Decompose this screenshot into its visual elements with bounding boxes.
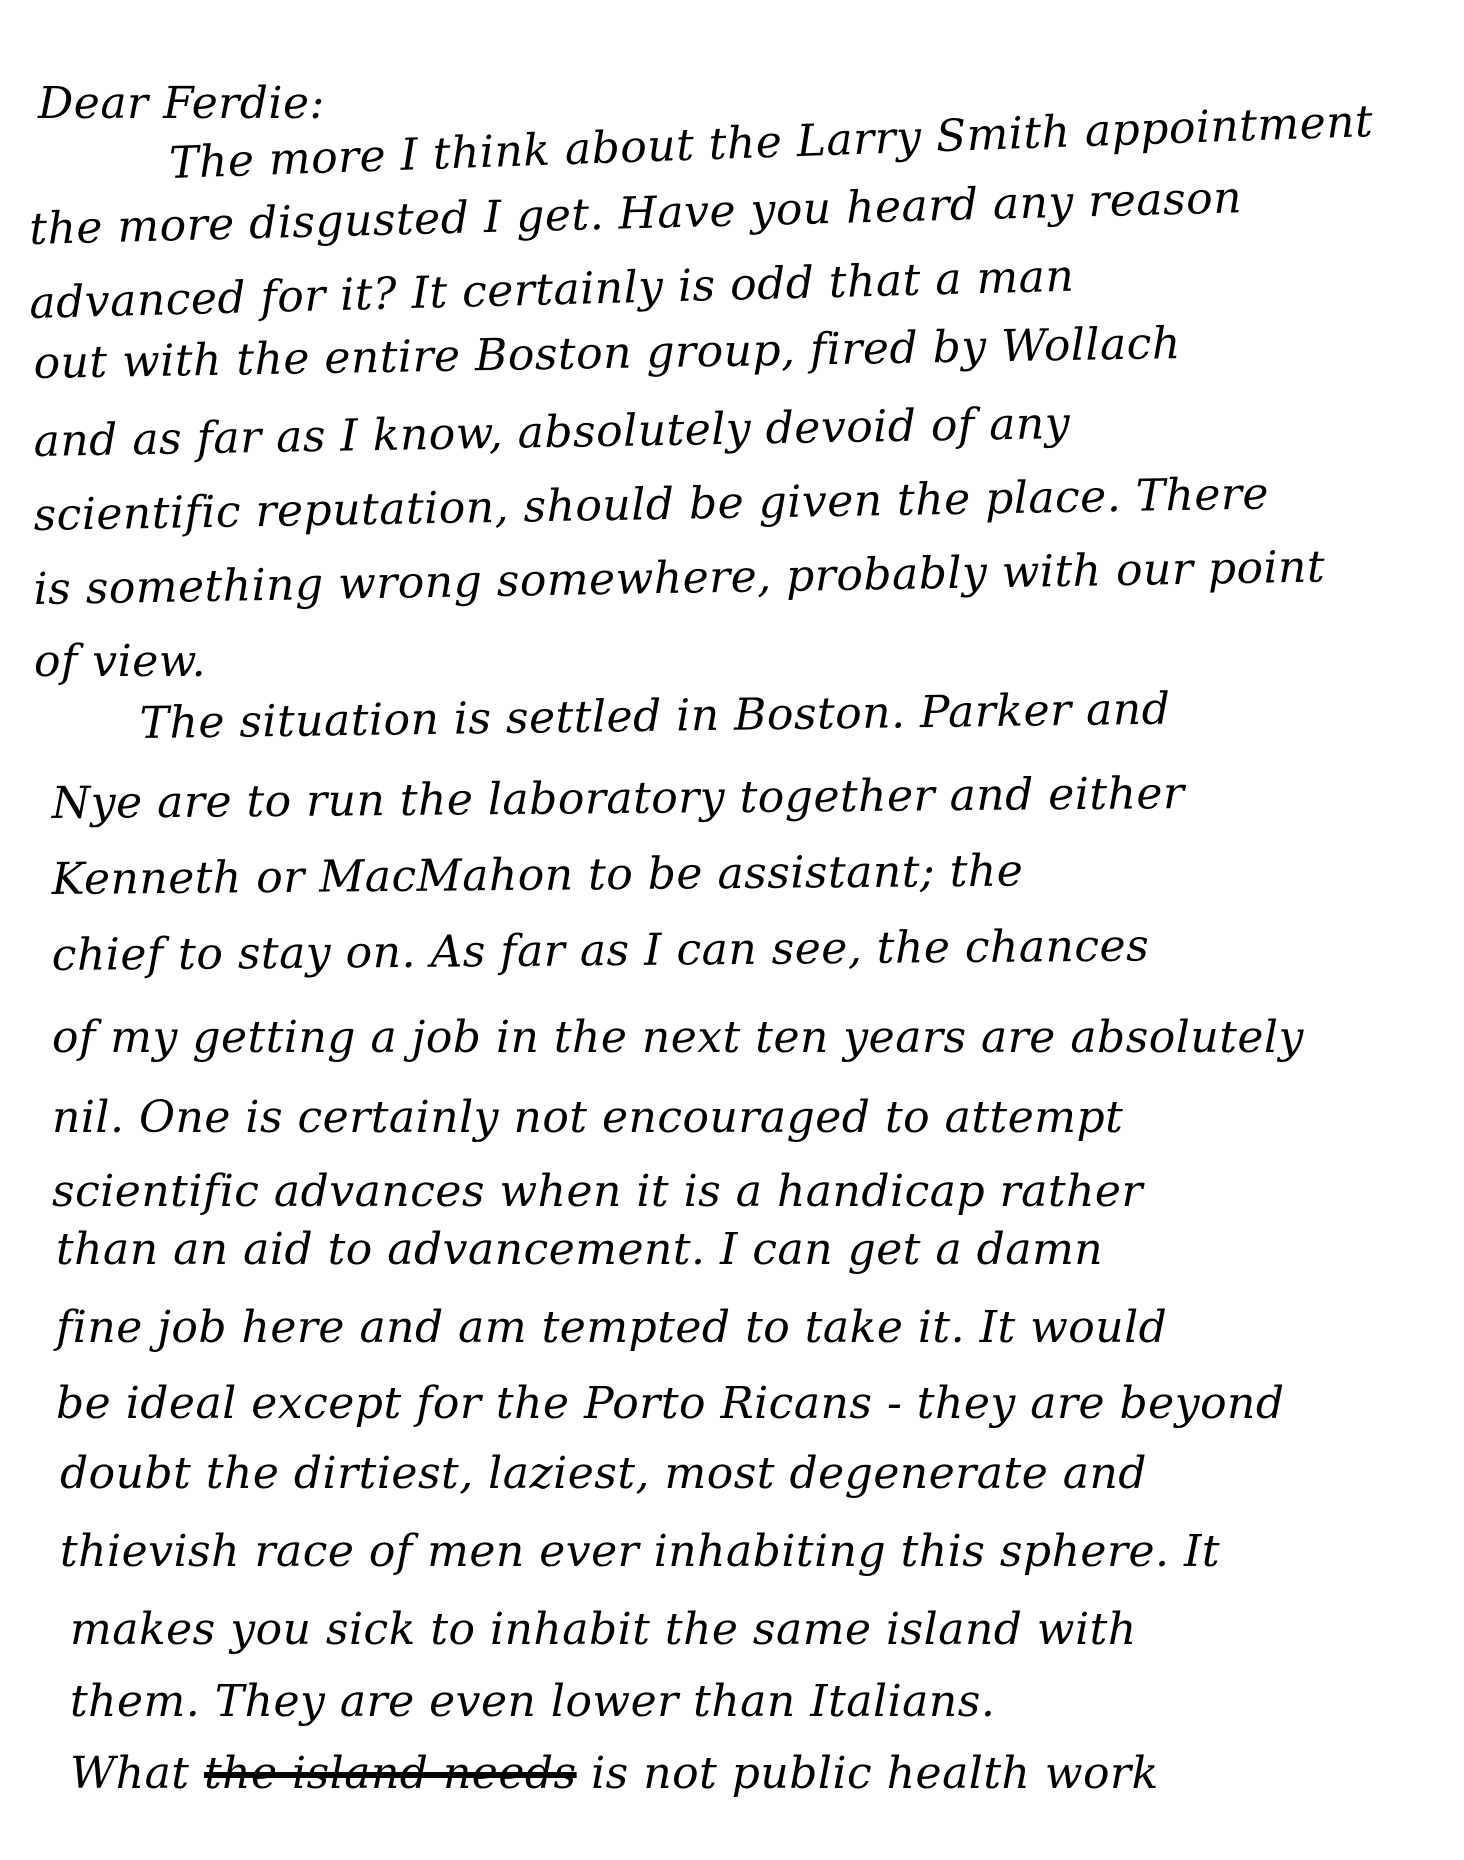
letter-line-17: fine job here and am tempted to take it.… (56, 1306, 1167, 1350)
letter-line-15: scientific advances when it is a handica… (52, 1170, 1143, 1214)
letter-line-16: than an aid to advancement. I can get a … (56, 1228, 1103, 1272)
letter-line-2: the more disgusted I get. Have you heard… (29, 176, 1243, 252)
letter-line-7: is something wrong somewhere, probably w… (33, 545, 1325, 612)
struck-out-text: the island needs (204, 1748, 577, 1799)
letter-line-4: out with the entire Boston group, fired … (33, 322, 1181, 386)
letter-line-23: What the island needs is not public heal… (70, 1752, 1159, 1796)
letter-line-20: thievish race of men ever inhabiting thi… (60, 1530, 1220, 1574)
letter-line-21: makes you sick to inhabit the same islan… (70, 1608, 1137, 1652)
letter-line-5: and as far as I know, absolutely devoid … (33, 402, 1070, 464)
letter-line-10: Nye are to run the laboratory together a… (52, 772, 1185, 826)
letter-line-22: them. They are even lower than Italians. (70, 1680, 995, 1724)
last-line-start: What (70, 1748, 204, 1799)
letter-line-18: be ideal except for the Porto Ricans - t… (56, 1382, 1285, 1426)
letter-line-13: of my getting a job in the next ten year… (52, 1016, 1304, 1060)
letter-line-8: of view. (34, 640, 206, 684)
letter-line-12: chief to stay on. As far as I can see, t… (52, 924, 1150, 978)
letter-line-9: The situation is settled in Boston. Park… (139, 688, 1170, 746)
salutation: Dear Ferdie: (38, 82, 325, 126)
letter-line-3: advanced for it? It certainly is odd tha… (29, 255, 1075, 326)
letter-line-19: doubt the dirtiest, laziest, most degene… (60, 1452, 1147, 1496)
letter-line-11: Kenneth or MacMahon to be assistant; the (52, 850, 1024, 902)
letter-page: Dear Ferdie: The more I think about the … (0, 0, 1464, 1860)
letter-line-14: nil. One is certainly not encouraged to … (52, 1096, 1123, 1140)
letter-line-6: scientific reputation, should be given t… (33, 472, 1269, 538)
last-line-end: is not public health work (577, 1748, 1159, 1799)
